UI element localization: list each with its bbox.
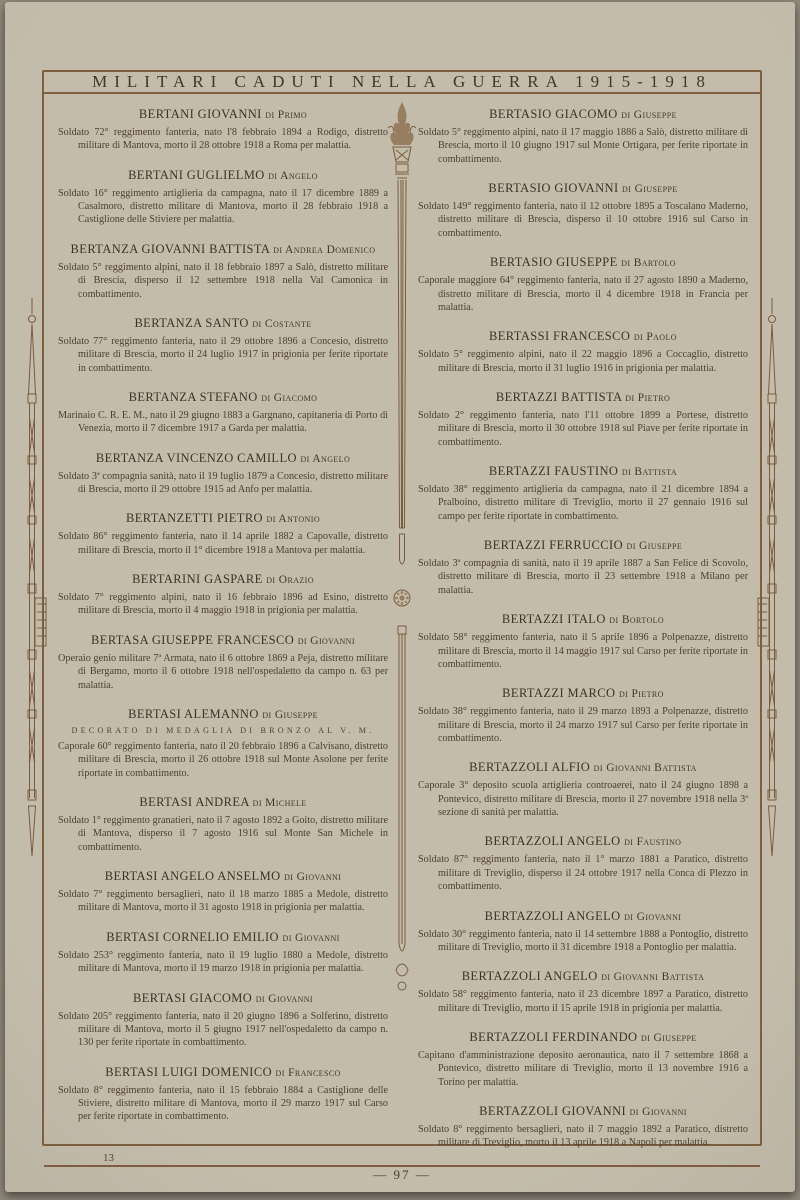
entry-description: Caporale 60° reggimento fanteria, nato i… [58,740,388,780]
casualty-entry: BERTAZZOLI ANGELO di FaustinoSoldato 87°… [418,834,748,893]
entry-heading: BERTANZA STEFANO di Giacomo [58,390,388,405]
title-band: MILITARI CADUTI NELLA GUERRA 1915-1918 [44,72,760,94]
casualty-entry: BERTAZZI FERRUCCIO di GiuseppeSoldato 3ª… [418,538,748,597]
casualty-entry: BERTAZZI BATTISTA di PietroSoldato 2° re… [418,390,748,449]
entry-description: Soldato 77° reggimento fanteria, nato il… [58,335,388,375]
soldier-name: BERTANZA VINCENZO CAMILLO [96,451,297,465]
soldier-name: BERTASSI FRANCESCO [489,329,630,343]
entry-heading: BERTANI GUGLIELMO di Angelo [58,168,388,183]
casualty-entry: BERTANZA GIOVANNI BATTISTA di Andrea Dom… [58,242,388,301]
casualty-entry: BERTASI ALEMANNO di GiuseppeDECORATO DI … [58,707,388,780]
entry-heading: BERTANI GIOVANNI di Primo [58,107,388,122]
casualty-entry: BERTASIO GIACOMO di GiuseppeSoldato 5° r… [418,107,748,166]
entry-description: Capitano d'amministrazione deposito aero… [418,1049,748,1089]
entry-description: Soldato 5° reggimento alpini, nato il 18… [58,261,388,301]
father-name: di Faustino [624,836,681,848]
left-column: BERTANI GIOVANNI di PrimoSoldato 72° reg… [58,107,388,1165]
father-name: di Giovanni [256,993,313,1005]
father-name: di Giuseppe [641,1032,697,1044]
soldier-name: BERTASIO GIOVANNI [488,181,618,195]
entry-heading: BERTARINI GASPARE di Orazio [58,572,388,587]
page-content: BERTANI GIOVANNI di PrimoSoldato 72° reg… [44,94,760,1165]
entry-description: Caporale maggiore 64° reggimento fanteri… [418,274,748,314]
soldier-name: BERTAZZOLI FERDINANDO [469,1030,637,1044]
entry-heading: BERTAZZOLI ANGELO di Faustino [418,834,748,849]
entry-description: Soldato 3ª compagnia di sanità, nato il … [418,557,748,597]
father-name: di Pietro [619,688,664,700]
entry-heading: BERTASIO GIACOMO di Giuseppe [418,107,748,122]
father-name: di Costante [252,318,311,330]
casualty-entry: BERTASIO GIUSEPPE di BartoloCaporale mag… [418,255,748,314]
soldier-name: BERTAZZI FAUSTINO [489,464,618,478]
page-title: MILITARI CADUTI NELLA GUERRA 1915-1918 [92,72,712,92]
entry-heading: BERTASI ANDREA di Michele [58,795,388,810]
casualty-entry: BERTASSI FRANCESCO di PaoloSoldato 5° re… [418,329,748,375]
father-name: di Francesco [276,1067,341,1079]
entry-description: Soldato 72° reggimento fanteria, nato l'… [58,126,388,153]
soldier-name: BERTAZZI MARCO [502,686,615,700]
casualty-entry: BERTASI ANDREA di MicheleSoldato 1° regg… [58,795,388,854]
soldier-name: BERTANI GIOVANNI [139,107,262,121]
footer-band: — 97 — [44,1165,760,1183]
entry-heading: BERTAZZI MARCO di Pietro [418,686,748,701]
casualty-entry: BERTASI GIACOMO di GiovanniSoldato 205° … [58,991,388,1050]
father-name: di Giuseppe [627,540,683,552]
casualty-entry: BERTARINI GASPARE di OrazioSoldato 7° re… [58,572,388,618]
soldier-name: BERTAZZI FERRUCCIO [484,538,623,552]
father-name: di Giuseppe [621,109,677,121]
entry-heading: BERTANZA VINCENZO CAMILLO di Angelo [58,451,388,466]
entry-description: Soldato 7° reggimento bersaglieri, nato … [58,888,388,915]
entry-description: Soldato 58° reggimento fanteria, nato il… [418,631,748,671]
entry-heading: BERTASI ALEMANNO di Giuseppe [58,707,388,722]
casualty-entry: BERTAZZI ITALO di BortoloSoldato 58° reg… [418,612,748,671]
father-name: di Antonio [267,513,321,525]
entry-description: Soldato 16° reggimento artiglieria da ca… [58,187,388,227]
entry-heading: BERTANZETTI PIETRO di Antonio [58,511,388,526]
entry-heading: BERTAZZOLI ALFIO di Giovanni Battista [418,760,748,775]
entry-heading: BERTASI LUIGI DOMENICO di Francesco [58,1065,388,1080]
casualty-entry: BERTASA GIUSEPPE FRANCESCO di GiovanniOp… [58,633,388,692]
casualty-entry: BERTASIO GIOVANNI di GiuseppeSoldato 149… [418,181,748,240]
father-name: di Paolo [634,331,677,343]
entry-description: Soldato 7° reggimento alpini, nato il 16… [58,591,388,618]
soldier-name: BERTAZZOLI GIOVANNI [479,1104,626,1118]
entry-description: Soldato 149° reggimento fanteria, nato i… [418,200,748,240]
entry-heading: BERTASA GIUSEPPE FRANCESCO di Giovanni [58,633,388,648]
father-name: di Giovanni [283,932,340,944]
soldier-name: BERTAZZOLI ANGELO [485,834,621,848]
page-number: — 97 — [373,1167,431,1183]
soldier-name: BERTAZZOLI ANGELO [485,909,621,923]
printed-page-frame: MILITARI CADUTI NELLA GUERRA 1915-1918 [42,70,762,1146]
father-name: di Battista [622,466,677,478]
father-name: di Angelo [268,170,318,182]
entry-description: Soldato 8° reggimento fanteria, nato il … [58,1084,388,1124]
father-name: di Giuseppe [622,183,678,195]
soldier-name: BERTASI ALEMANNO [128,707,259,721]
book-page-paper: MILITARI CADUTI NELLA GUERRA 1915-1918 [5,2,795,1192]
entry-heading: BERTASIO GIOVANNI di Giuseppe [418,181,748,196]
casualty-entry: BERTANZA VINCENZO CAMILLO di AngeloSolda… [58,451,388,497]
entry-heading: BERTANZA GIOVANNI BATTISTA di Andrea Dom… [58,242,388,257]
entry-heading: BERTAZZOLI GIOVANNI di Giovanni [418,1104,748,1119]
casualty-entry: BERTANZA STEFANO di GiacomoMarinaio C. R… [58,390,388,436]
soldier-name: BERTAZZOLI ALFIO [469,760,590,774]
father-name: di Pietro [625,392,670,404]
father-name: di Giovanni Battista [594,762,697,774]
soldier-name: BERTAZZI ITALO [502,612,606,626]
father-name: di Giovanni Battista [601,971,704,983]
soldier-name: BERTASI CORNELIO EMILIO [106,930,279,944]
casualty-entry: BERTAZZOLI GIOVANNI di GiovanniSoldato 8… [418,1104,748,1150]
entry-description: Soldato 2° reggimento fanteria, nato l'1… [418,409,748,449]
entry-description: Marinaio C. R. E. M., nato il 29 giugno … [58,409,388,436]
father-name: di Bartolo [621,257,676,269]
casualty-entry: BERTAZZOLI FERDINANDO di GiuseppeCapitan… [418,1030,748,1089]
entry-description: Soldato 58° reggimento fanteria, nato il… [418,988,748,1015]
father-name: di Orazio [266,574,314,586]
entry-description: Soldato 205° reggimento fanteria, nato i… [58,1010,388,1050]
soldier-name: BERTASI GIACOMO [133,991,252,1005]
entry-description: Soldato 5° reggimento alpini, nato il 22… [418,348,748,375]
soldier-name: BERTANZA SANTO [134,316,248,330]
entry-description: Soldato 30° reggimento fanteria, nato il… [418,928,748,955]
entry-description: Soldato 87° reggimento fanteria, nato il… [418,853,748,893]
father-name: di Giovanni [284,871,341,883]
soldier-name: BERTASA GIUSEPPE FRANCESCO [91,633,294,647]
soldier-name: BERTANZA GIOVANNI BATTISTA [71,242,270,256]
signature-mark: 13 [103,1152,114,1164]
soldier-name: BERTASI ANDREA [139,795,249,809]
father-name: di Andrea Domenico [273,244,375,256]
soldier-name: BERTANZETTI PIETRO [126,511,263,525]
entry-description: Soldato 38° reggimento fanteria, nato il… [418,705,748,745]
father-name: di Giovanni [630,1106,687,1118]
entry-description: Operaio genio militare 7ª Armata, nato i… [58,652,388,692]
father-name: di Giacomo [261,392,317,404]
entry-description: Soldato 8° reggimento bersaglieri, nato … [418,1123,748,1150]
casualty-entry: BERTANZETTI PIETRO di AntonioSoldato 86°… [58,511,388,557]
soldier-name: BERTAZZOLI ANGELO [462,969,598,983]
entry-heading: BERTANZA SANTO di Costante [58,316,388,331]
casualty-entry: BERTANZA SANTO di CostanteSoldato 77° re… [58,316,388,375]
entry-heading: BERTAZZI BATTISTA di Pietro [418,390,748,405]
entry-heading: BERTASI GIACOMO di Giovanni [58,991,388,1006]
casualty-entry: BERTANI GUGLIELMO di AngeloSoldato 16° r… [58,168,388,227]
soldier-name: BERTASI ANGELO ANSELMO [105,869,281,883]
casualty-entry: BERTASI CORNELIO EMILIO di GiovanniSolda… [58,930,388,976]
father-name: di Angelo [300,453,350,465]
entry-heading: BERTASI ANGELO ANSELMO di Giovanni [58,869,388,884]
entry-heading: BERTAZZI ITALO di Bortolo [418,612,748,627]
casualty-entry: BERTAZZOLI ANGELO di Giovanni BattistaSo… [418,969,748,1015]
entry-heading: BERTASSI FRANCESCO di Paolo [418,329,748,344]
entry-description: Soldato 5° reggimento alpini, nato il 17… [418,126,748,166]
entry-description: Soldato 86° reggimento fanteria, nato il… [58,530,388,557]
entry-heading: BERTAZZOLI ANGELO di Giovanni [418,909,748,924]
casualty-entry: BERTAZZOLI ALFIO di Giovanni BattistaCap… [418,760,748,819]
soldier-name: BERTANI GUGLIELMO [128,168,265,182]
scanned-book-photo: { "page": { "title": "MILITARI CADUTI NE… [0,0,800,1200]
casualty-entry: BERTASI ANGELO ANSELMO di GiovanniSoldat… [58,869,388,915]
father-name: di Giovanni [624,911,681,923]
right-column: BERTASIO GIACOMO di GiuseppeSoldato 5° r… [418,107,748,1165]
soldier-name: BERTASIO GIUSEPPE [490,255,618,269]
father-name: di Bortolo [609,614,664,626]
casualty-entry: BERTAZZI FAUSTINO di BattistaSoldato 38°… [418,464,748,523]
entry-description: Soldato 3ª compagnia sanità, nato il 19 … [58,470,388,497]
father-name: di Giovanni [298,635,355,647]
entry-description: Soldato 1° reggimento granatieri, nato i… [58,814,388,854]
father-name: di Primo [265,109,307,121]
entry-heading: BERTAZZI FERRUCCIO di Giuseppe [418,538,748,553]
casualty-entry: BERTANI GIOVANNI di PrimoSoldato 72° reg… [58,107,388,153]
soldier-name: BERTASI LUIGI DOMENICO [105,1065,272,1079]
soldier-name: BERTANZA STEFANO [129,390,258,404]
entry-heading: BERTAZZOLI ANGELO di Giovanni Battista [418,969,748,984]
father-name: di Michele [253,797,307,809]
entry-description: Caporale 3° deposito scuola artiglieria … [418,779,748,819]
entry-heading: BERTASIO GIUSEPPE di Bartolo [418,255,748,270]
soldier-name: BERTASIO GIACOMO [489,107,618,121]
casualty-entry: BERTAZZI MARCO di PietroSoldato 38° regg… [418,686,748,745]
soldier-name: BERTARINI GASPARE [132,572,263,586]
entry-heading: BERTAZZOLI FERDINANDO di Giuseppe [418,1030,748,1045]
entry-description: Soldato 253° reggimento fanteria, nato i… [58,949,388,976]
center-torch-column-ornament [382,98,422,1058]
entry-description: Soldato 38° reggimento artiglieria da ca… [418,483,748,523]
decoration-line: DECORATO DI MEDAGLIA DI BRONZO AL V. M. [58,726,388,735]
casualty-entry: BERTASI LUIGI DOMENICO di FrancescoSolda… [58,1065,388,1124]
entry-heading: BERTASI CORNELIO EMILIO di Giovanni [58,930,388,945]
soldier-name: BERTAZZI BATTISTA [496,390,622,404]
father-name: di Giuseppe [262,709,318,721]
casualty-entry: BERTAZZOLI ANGELO di GiovanniSoldato 30°… [418,909,748,955]
entry-heading: BERTAZZI FAUSTINO di Battista [418,464,748,479]
